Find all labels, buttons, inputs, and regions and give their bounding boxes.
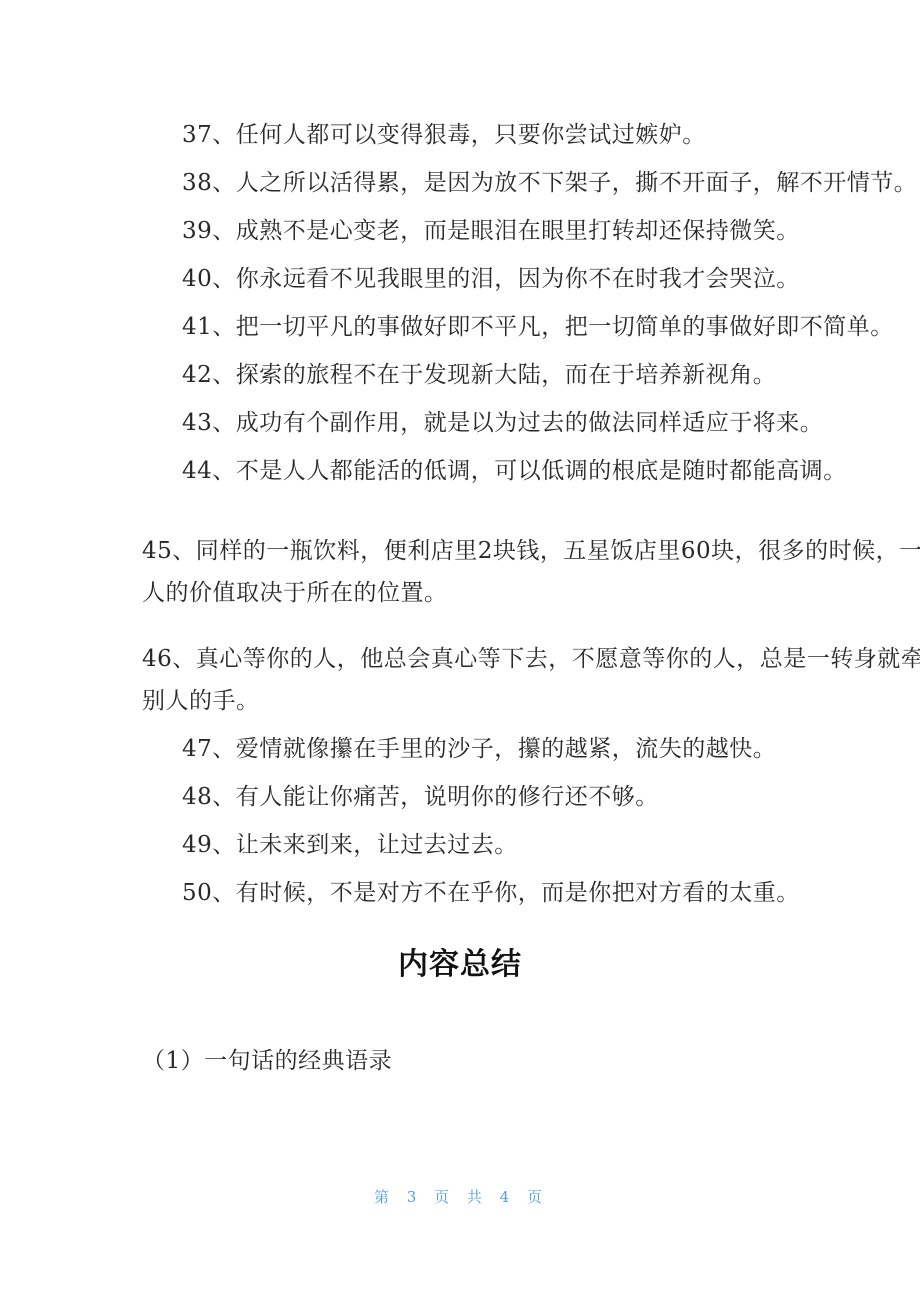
quote-text: 42、探索的旅程不在于发现新大陆，而在于培养新视角。	[142, 354, 920, 396]
quote-item-45: 45、同样的一瓶饮料，便利店里2块钱，五星饭店里60块，很多的时候，一个 人的价…	[142, 530, 920, 614]
quote-list: 37、任何人都可以变得狠毒，只要你尝试过嫉妒。 38、人之所以活得累，是因为放不…	[0, 0, 920, 914]
quote-item-39: 39、成熟不是心变老，而是眼泪在眼里打转却还保持微笑。	[142, 210, 920, 252]
quote-item-41: 41、把一切平凡的事做好即不平凡，把一切简单的事做好即不简单。	[142, 306, 920, 348]
quote-text: 37、任何人都可以变得狠毒，只要你尝试过嫉妒。	[142, 114, 920, 156]
quote-item-43: 43、成功有个副作用，就是以为过去的做法同样适应于将来。	[142, 402, 920, 444]
quote-text: 41、把一切平凡的事做好即不平凡，把一切简单的事做好即不简单。	[142, 306, 920, 348]
quote-text: 43、成功有个副作用，就是以为过去的做法同样适应于将来。	[142, 402, 920, 444]
quote-text: 40、你永远看不见我眼里的泪，因为你不在时我才会哭泣。	[142, 258, 920, 300]
quote-item-40: 40、你永远看不见我眼里的泪，因为你不在时我才会哭泣。	[142, 258, 920, 300]
quote-item-50: 50、有时候，不是对方不在乎你，而是你把对方看的太重。	[142, 872, 920, 914]
quote-item-38: 38、人之所以活得累，是因为放不下架子，撕不开面子，解不开情节。	[142, 162, 920, 204]
quote-text-line-1: 45、同样的一瓶饮料，便利店里2块钱，五星饭店里60块，很多的时候，一个	[142, 530, 920, 572]
quote-text: 48、有人能让你痛苦，说明你的修行还不够。	[142, 776, 920, 818]
quote-item-49: 49、让未来到来，让过去过去。	[142, 824, 920, 866]
quote-item-44: 44、不是人人都能活的低调，可以低调的根底是随时都能高调。	[142, 450, 920, 492]
quote-text: 39、成熟不是心变老，而是眼泪在眼里打转却还保持微笑。	[142, 210, 920, 252]
quote-text-line-2: 人的价值取决于所在的位置。	[142, 572, 920, 614]
quote-item-42: 42、探索的旅程不在于发现新大陆，而在于培养新视角。	[142, 354, 920, 396]
quote-text: 50、有时候，不是对方不在乎你，而是你把对方看的太重。	[142, 872, 920, 914]
document-page: 37、任何人都可以变得狠毒，只要你尝试过嫉妒。 38、人之所以活得累，是因为放不…	[0, 0, 920, 1302]
summary-item-1: （1）一句话的经典语录	[142, 1040, 920, 1082]
quote-text: 47、爱情就像攥在手里的沙子，攥的越紧，流失的越快。	[142, 728, 920, 770]
quote-item-47: 47、爱情就像攥在手里的沙子，攥的越紧，流失的越快。	[142, 728, 920, 770]
page-footer: 第 3 页 共 4 页	[0, 1186, 920, 1208]
page-number-label: 第 3 页 共 4 页	[374, 1188, 546, 1206]
quote-text: 44、不是人人都能活的低调，可以低调的根底是随时都能高调。	[142, 450, 920, 492]
quote-item-46: 46、真心等你的人，他总会真心等下去，不愿意等你的人，总是一转身就牵了 别人的手…	[142, 638, 920, 722]
quote-text: 49、让未来到来，让过去过去。	[142, 824, 920, 866]
section-heading-content-summary: 内容总结	[0, 942, 920, 988]
quote-item-37: 37、任何人都可以变得狠毒，只要你尝试过嫉妒。	[142, 114, 920, 156]
quote-item-48: 48、有人能让你痛苦，说明你的修行还不够。	[142, 776, 920, 818]
quote-text-line-2: 别人的手。	[142, 680, 920, 722]
quote-text: 38、人之所以活得累，是因为放不下架子，撕不开面子，解不开情节。	[142, 162, 920, 204]
quote-text-line-1: 46、真心等你的人，他总会真心等下去，不愿意等你的人，总是一转身就牵了	[142, 638, 920, 680]
